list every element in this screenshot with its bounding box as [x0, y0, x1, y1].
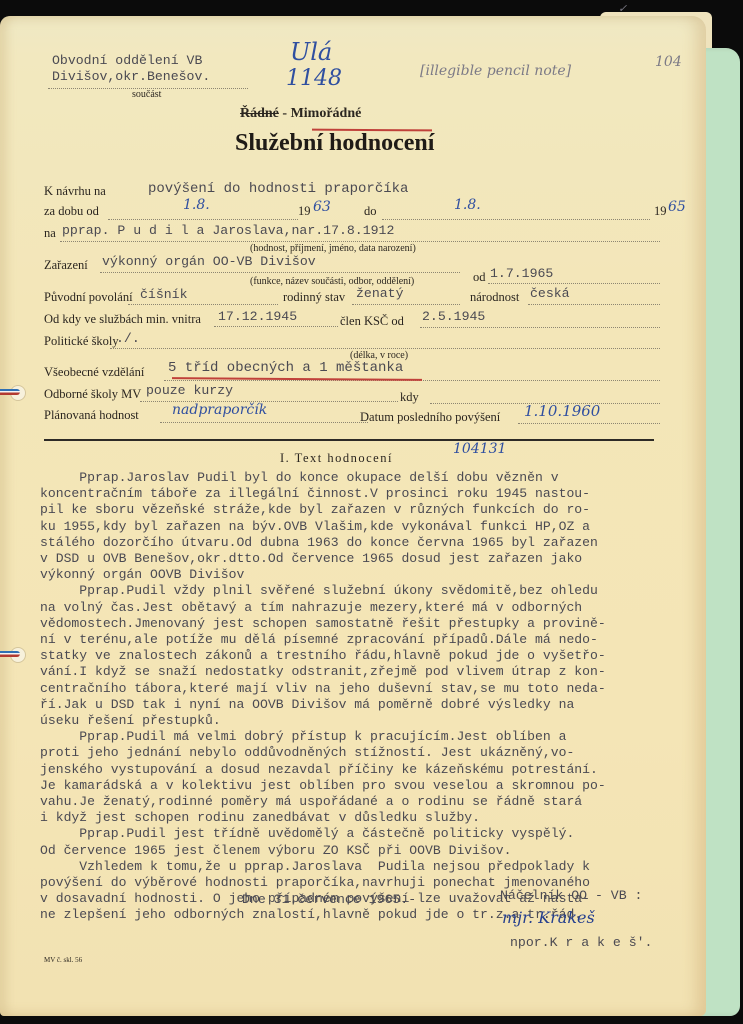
- evaluation-line: Pprap.Pudil vždy plnil svěřené služební …: [40, 583, 690, 599]
- planned-rank-label: Plánovaná hodnost: [44, 408, 139, 423]
- evaluation-line: ku 1955,kdy byl zařazen na býv.OVB Vlaši…: [40, 519, 690, 535]
- evaluation-line: Pprap.Jaroslav Pudil byl do konce okupac…: [40, 470, 690, 486]
- dotted-line: [60, 241, 660, 242]
- date-line: Dne 31.července 1965.-: [242, 892, 416, 907]
- person-value: pprap. P u d i l a Jaroslava,nar.17.8.19…: [62, 223, 394, 238]
- evaluation-line: proti jeho jednání nebylo oddůvodněných …: [40, 745, 690, 761]
- dotted-line: [160, 422, 368, 423]
- type-extraordinary: Mimořádné: [291, 106, 362, 121]
- service-since-value: 17.12.1945: [218, 309, 297, 324]
- marital-value: ženatý: [356, 286, 403, 301]
- planned-rank-value: nadpraporčík: [172, 402, 267, 418]
- header-org-caption: součást: [132, 89, 161, 100]
- evaluation-line: na volný čas.Jest obětavý a tím nahrazuj…: [40, 600, 690, 616]
- evaluation-line: Je kamarádská a v kolektivu jest oblíben…: [40, 778, 690, 794]
- signature: mjr. Krakeš: [502, 908, 595, 927]
- binding-hole-lower: [0, 647, 26, 661]
- mv-school-when-label: kdy: [400, 390, 419, 405]
- evaluation-line: centračního tábora,které mají vliv na je…: [40, 681, 690, 697]
- check-mark: ✓: [618, 2, 627, 15]
- dotted-line: [100, 272, 460, 273]
- proposal-value: povýšení do hodnosti praporčíka: [148, 181, 408, 197]
- signatory-title: Náčelník OO - VB :: [500, 888, 642, 903]
- header-org-line1: Obvodní oddělení VB: [52, 53, 202, 68]
- evaluation-line: Od července 1965 jest členem výboru ZO K…: [40, 843, 690, 859]
- year-from-suffix: 63: [313, 199, 331, 215]
- handwritten-ref-top: Ulá: [290, 38, 332, 66]
- evaluation-line: statky ve znalostech zákonů a trestního …: [40, 648, 690, 664]
- binding-hole-upper: [0, 385, 26, 399]
- education-label: Všeobecné vzdělání: [44, 365, 144, 380]
- evaluation-line: ří.Jak u DSD tak i nyní na OOVB Divišov …: [40, 697, 690, 713]
- page-title: Služební hodnocení: [235, 130, 434, 157]
- party-label: člen KSČ od: [340, 314, 404, 329]
- period-label: za dobu od: [44, 204, 99, 219]
- marital-label: rodinný stav: [283, 290, 345, 305]
- dotted-line: [518, 423, 660, 424]
- type-regular-label: Řádné: [240, 106, 279, 121]
- evaluation-line: i když jest schopen rodinu zanedbávat v …: [40, 810, 690, 826]
- dotted-line: [420, 327, 660, 328]
- evaluation-line: vahu.Je ženatý,rodinné poměry má uspořád…: [40, 794, 690, 810]
- dotted-line: [528, 304, 660, 305]
- evaluation-line: výkonný orgán OOVB Divišov: [40, 567, 690, 583]
- evaluation-line: Vzhledem k tomu,že u pprap.Jaroslava Pud…: [40, 859, 690, 875]
- evaluation-line: pil ke sboru vězeňské stráže,kde byl zař…: [40, 502, 690, 518]
- evaluation-line: úseku řešení přestupků.: [40, 713, 690, 729]
- year-prefix-1: 19: [298, 204, 311, 219]
- education-value: 5 tříd obecných a 1 měštanka: [168, 360, 403, 376]
- evaluation-line: v DSD u OVB Benešov,okr.dtto.Od července…: [40, 551, 690, 567]
- evaluation-handwritten-number: 104131: [453, 441, 506, 457]
- period-from: 1.8.: [183, 197, 210, 213]
- on-label: na: [44, 226, 56, 241]
- dotted-line: [108, 219, 298, 220]
- evaluation-line: koncentračním táboře za illegální činnos…: [40, 486, 690, 502]
- section-divider: [44, 439, 654, 441]
- evaluation-text: Pprap.Jaroslav Pudil byl do konce okupac…: [40, 470, 690, 924]
- dotted-line: [128, 304, 278, 305]
- mv-school-value: pouze kurzy: [146, 383, 233, 398]
- handwritten-ref-number: 1148: [286, 66, 342, 91]
- nationality-label: národnost: [470, 290, 519, 305]
- form-code: MV č. skl. 56: [44, 956, 82, 964]
- assignment-since-label: od: [473, 270, 486, 285]
- evaluation-line: vání.I když se snaží nedostatky odstrani…: [40, 664, 690, 680]
- type-separator: -: [282, 106, 287, 121]
- evaluation-line: stálého dozorčího útvaru.Od dubna 1963 d…: [40, 535, 690, 551]
- dotted-line: [214, 326, 338, 327]
- type-regular: Řádné - Mimořádné: [240, 106, 361, 122]
- pencil-note: [illegible pencil note]: [420, 63, 571, 79]
- last-promotion-value: 1.10.1960: [524, 402, 600, 420]
- proposal-label: K návrhu na: [44, 184, 106, 199]
- evaluation-line: ní v terénu,ale potíže mu dělá písemné z…: [40, 632, 690, 648]
- evaluation-heading: I. Text hodnocení: [280, 451, 393, 466]
- evaluation-line: jenského vystupování a dosud nezavdal př…: [40, 762, 690, 778]
- party-value: 2.5.1945: [422, 309, 485, 324]
- period-to: 1.8.: [454, 197, 481, 213]
- nationality-value: česká: [530, 286, 570, 301]
- header-org-line2: Divišov,okr.Benešov.: [52, 69, 210, 84]
- assignment-since-value: 1.7.1965: [490, 266, 553, 281]
- assignment-label: Zařazení: [44, 258, 88, 273]
- occupation-label: Původní povolání: [44, 290, 133, 305]
- occupation-value: číšník: [140, 287, 187, 302]
- dotted-line: [488, 283, 660, 284]
- year-prefix-2: 19: [654, 204, 667, 219]
- person-caption: (hodnost, příjmení, jméno, data narození…: [250, 243, 416, 254]
- dotted-line: [382, 219, 650, 220]
- mv-school-label: Odborné školy MV: [44, 387, 141, 402]
- evaluation-line: Pprap.Pudil má velmi dobrý přístup k pra…: [40, 729, 690, 745]
- signatory-name: npor.K r a k e š'.: [510, 935, 652, 950]
- assignment-value: výkonný orgán OO-VB Divišov: [102, 254, 316, 269]
- political-school-value: ./.: [116, 331, 140, 346]
- dotted-line: [352, 304, 460, 305]
- year-to-suffix: 65: [668, 199, 686, 215]
- period-to-label: do: [364, 204, 377, 219]
- political-school-label: Politické školy: [44, 334, 119, 349]
- page-number: 104: [655, 54, 682, 70]
- service-since-label: Od kdy ve službách min. vnitra: [44, 312, 201, 327]
- evaluation-line: Pprap.Pudil jest třídně uvědomělý a část…: [40, 826, 690, 842]
- dotted-line: [110, 348, 660, 349]
- evaluation-line: vědomostech.Jmenovaný jest schopen samos…: [40, 616, 690, 632]
- last-promotion-label: Datum posledního povýšení: [360, 410, 500, 425]
